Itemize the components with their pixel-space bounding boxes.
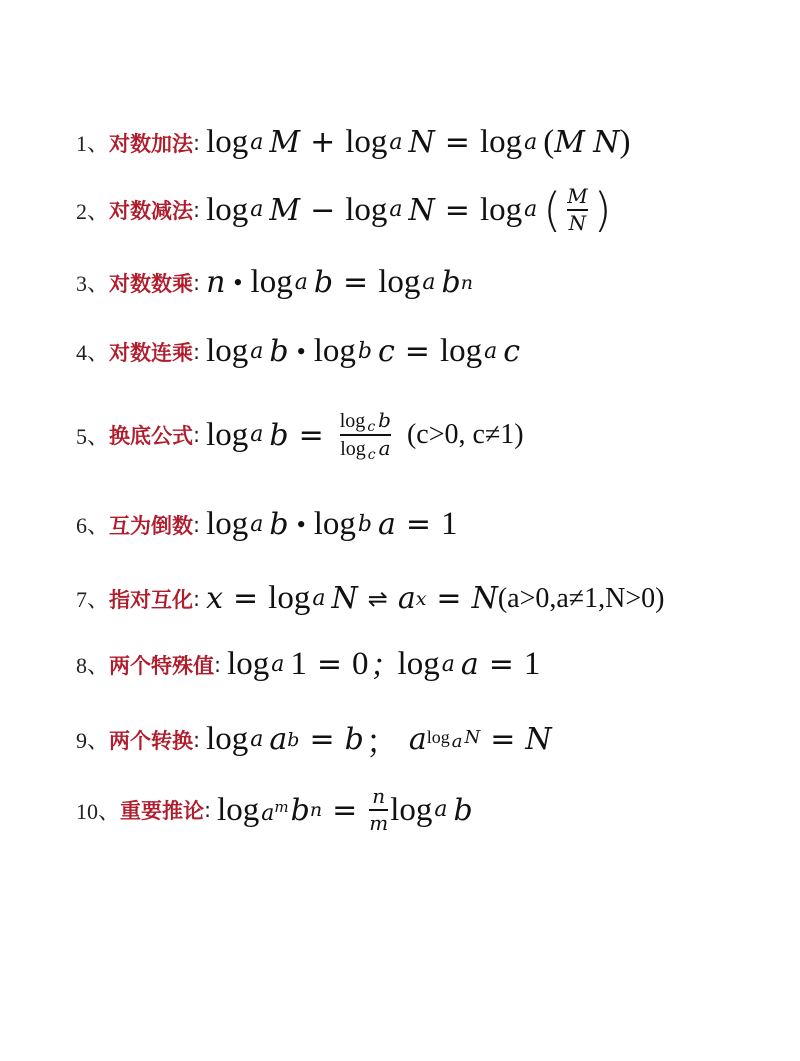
formula-special-values: loga1 = 0; logaa = 1 [227,646,540,683]
formula-label: 对数加法 [109,128,193,158]
formula-number: 6、 [76,509,109,540]
formula-row-9: 9、 两个转换 : logaab = b； a logaN = N [76,716,552,763]
colon: : [193,513,200,537]
formula-important-corollary: log am bn = nm logab [217,786,473,834]
formula-row-1: 1、 对数加法 : logaM + logaN = loga (M N) [76,124,630,161]
colon: : [193,198,200,222]
formula-row-4: 4、 对数连乘 : logab • logbc = logac [76,333,520,370]
formula-number: 7、 [76,583,109,614]
formula-label: 两个特殊值 [109,650,214,680]
formula-log-chain-product: logab • logbc = logac [206,333,520,370]
formula-number: 9、 [76,724,109,755]
colon: : [193,131,200,155]
colon: : [193,423,200,447]
formula-row-6: 6、 互为倒数 : logab • logba = 1 [76,506,458,543]
formula-row-8: 8、 两个特殊值 : loga1 = 0; logaa = 1 [76,646,540,683]
formula-log-scalar-multiplication: n• logab = logabn [206,264,473,301]
formula-log-subtraction: logaM − logaN = loga ( MN ) [206,186,612,234]
formula-row-7: 7、 指对互化 : x = logaN ⇌ ax = N (a>0,a≠1,N>… [76,580,665,617]
formula-row-3: 3、 对数数乘 : n• logab = logabn [76,264,473,301]
formula-label: 互为倒数 [109,510,193,540]
formula-reciprocal: logab • logba = 1 [206,506,457,543]
formula-label: 换底公式 [109,420,193,450]
formula-number: 4、 [76,336,109,367]
formula-label: 对数减法 [109,195,193,225]
formula-number: 5、 [76,420,109,451]
formula-two-conversions: logaab = b； a logaN = N [206,716,552,763]
formula-exp-log-conversion: x = logaN ⇌ ax = N (a>0,a≠1,N>0) [206,580,664,617]
formula-row-5: 5、 换底公式 : logab = logcb logca (c>0, c≠1) [76,410,524,460]
colon: : [204,798,211,822]
condition: (c>0, c≠1) [407,419,524,451]
harpoons-icon: ⇌ [368,585,388,613]
formula-label: 对数数乘 [109,268,193,298]
colon: : [193,271,200,295]
formula-label: 两个转换 [109,725,193,755]
formula-row-10: 10、 重要推论 : log am bn = nm logab [76,786,473,834]
colon: : [193,728,200,752]
formula-number: 2、 [76,195,109,226]
condition: (a>0,a≠1,N>0) [498,583,665,615]
formula-number: 8、 [76,649,109,680]
formula-label: 指对互化 [109,584,193,614]
colon: : [193,340,200,364]
colon: : [214,653,221,677]
formula-number: 1、 [76,127,109,158]
formula-number: 10、 [76,795,120,826]
formula-change-of-base: logab = logcb logca (c>0, c≠1) [206,410,524,460]
formula-label: 对数连乘 [109,337,193,367]
colon: : [193,587,200,611]
formula-log-addition: logaM + logaN = loga (M N) [206,124,630,161]
formula-label: 重要推论 [120,795,204,825]
formula-number: 3、 [76,267,109,298]
formula-row-2: 2、 对数减法 : logaM − logaN = loga ( MN ) [76,186,612,234]
